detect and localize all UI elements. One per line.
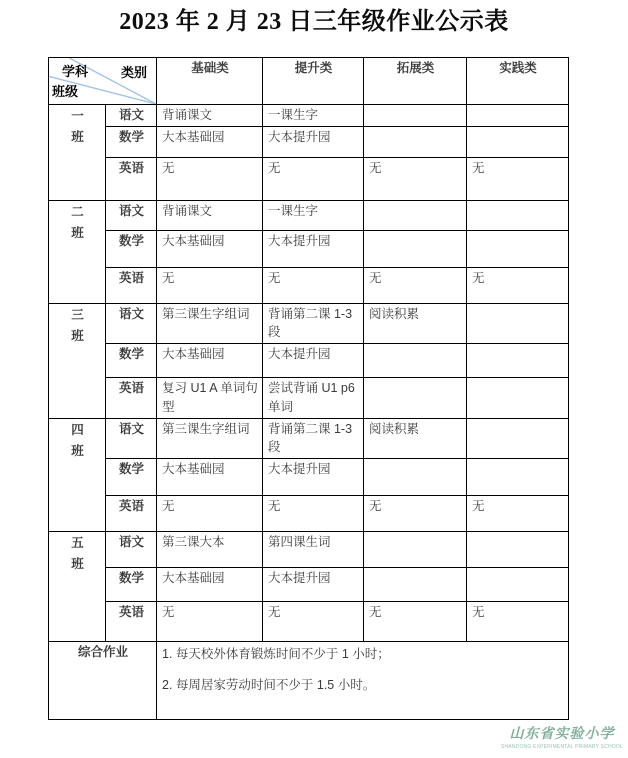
homework-table: 学科 类别 班级 基础类 提升类 拓展类 实践类 一班 语文 背诵课文 一课生字… [48, 57, 569, 720]
homework-cell: 无 [157, 495, 263, 531]
homework-cell: 无 [157, 268, 263, 304]
subject-label: 语文 [106, 531, 157, 567]
homework-cell: 第三课大本 [157, 531, 263, 567]
subject-label: 语文 [106, 105, 157, 127]
corner-subject-label: 学科 [62, 63, 88, 82]
subject-label: 语文 [106, 418, 157, 458]
homework-cell: 无 [467, 601, 569, 641]
table-row: 二班 语文 背诵课文 一课生字 [49, 201, 569, 231]
homework-cell [467, 127, 569, 158]
homework-cell: 大本基础园 [157, 458, 263, 495]
subject-label: 英语 [106, 601, 157, 641]
homework-cell: 尝试背诵 U1 p6 单词 [263, 378, 364, 418]
homework-cell [364, 127, 467, 158]
footer-row: 综合作业 1. 每天校外体育锻炼时间不少于 1 小时； 2. 每周居家劳动时间不… [49, 641, 569, 719]
homework-cell: 背诵第二课 1-3 段 [263, 304, 364, 344]
table-row: 三班 语文 第三课生字组词 背诵第二课 1-3 段 阅读积累 [49, 304, 569, 344]
class-label-5: 五班 [49, 531, 106, 641]
table-row: 英语 无 无 无 无 [49, 158, 569, 201]
subject-label: 英语 [106, 268, 157, 304]
homework-cell [467, 418, 569, 458]
homework-cell [467, 567, 569, 601]
subject-label: 英语 [106, 158, 157, 201]
homework-cell: 无 [263, 158, 364, 201]
homework-cell: 大本基础园 [157, 344, 263, 378]
column-header-basic: 基础类 [157, 58, 263, 105]
subject-label: 数学 [106, 231, 157, 268]
homework-cell [364, 531, 467, 567]
class-label-3: 三班 [49, 304, 106, 419]
homework-cell [467, 304, 569, 344]
subject-label: 语文 [106, 304, 157, 344]
corner-class-label: 班级 [52, 83, 78, 102]
corner-category-label: 类别 [121, 64, 147, 83]
homework-cell: 无 [364, 601, 467, 641]
homework-cell: 阅读积累 [364, 304, 467, 344]
homework-cell: 背诵课文 [157, 201, 263, 231]
column-header-practice: 实践类 [467, 58, 569, 105]
homework-cell [467, 458, 569, 495]
homework-cell [467, 344, 569, 378]
homework-cell [364, 458, 467, 495]
homework-cell [364, 378, 467, 418]
homework-cell [467, 531, 569, 567]
homework-cell [467, 231, 569, 268]
page-title: 2023 年 2 月 23 日三年级作业公示表 [0, 1, 628, 36]
homework-cell: 大本基础园 [157, 231, 263, 268]
homework-cell: 复习 U1 A 单词句型 [157, 378, 263, 418]
subject-label: 数学 [106, 127, 157, 158]
footer-line-1: 1. 每天校外体育锻炼时间不少于 1 小时； [162, 645, 564, 663]
footer-line-2: 2. 每周居家劳动时间不少于 1.5 小时。 [162, 676, 564, 694]
table-row: 数学 大本基础园 大本提升园 [49, 458, 569, 495]
homework-cell: 大本提升园 [263, 344, 364, 378]
school-name-chinese: 山东省实验小学 [501, 723, 623, 743]
homework-cell [467, 378, 569, 418]
table-row: 数学 大本基础园 大本提升园 [49, 567, 569, 601]
homework-cell: 第三课生字组词 [157, 304, 263, 344]
homework-cell [467, 201, 569, 231]
header-row: 学科 类别 班级 基础类 提升类 拓展类 实践类 [49, 58, 569, 105]
homework-cell: 大本基础园 [157, 567, 263, 601]
homework-cell: 无 [467, 158, 569, 201]
homework-cell: 阅读积累 [364, 418, 467, 458]
table-row: 数学 大本基础园 大本提升园 [49, 231, 569, 268]
homework-cell: 大本提升园 [263, 127, 364, 158]
homework-cell: 无 [157, 601, 263, 641]
table-row: 一班 语文 背诵课文 一课生字 [49, 105, 569, 127]
subject-label: 数学 [106, 567, 157, 601]
homework-cell: 无 [364, 158, 467, 201]
homework-cell: 无 [263, 495, 364, 531]
homework-cell: 无 [157, 158, 263, 201]
subject-label: 英语 [106, 495, 157, 531]
class-label-2: 二班 [49, 201, 106, 304]
homework-cell: 无 [263, 601, 364, 641]
subject-label: 英语 [106, 378, 157, 418]
homework-cell: 无 [467, 495, 569, 531]
table-row: 四班 语文 第三课生字组词 背诵第二课 1-3 段 阅读积累 [49, 418, 569, 458]
subject-label: 数学 [106, 344, 157, 378]
table-corner-cell: 学科 类别 班级 [49, 58, 157, 105]
homework-cell [364, 344, 467, 378]
homework-cell: 无 [364, 268, 467, 304]
homework-cell: 大本提升园 [263, 567, 364, 601]
school-logo: 山东省实验小学 SHANDONG EXPERIMENTAL PRIMARY SC… [501, 723, 623, 750]
column-header-improve: 提升类 [263, 58, 364, 105]
homework-cell: 第四课生词 [263, 531, 364, 567]
homework-cell [364, 231, 467, 268]
homework-cell: 一课生字 [263, 105, 364, 127]
comprehensive-homework-content: 1. 每天校外体育锻炼时间不少于 1 小时； 2. 每周居家劳动时间不少于 1.… [157, 641, 569, 719]
subject-label: 数学 [106, 458, 157, 495]
school-name-english: SHANDONG EXPERIMENTAL PRIMARY SCHOOL [501, 744, 623, 750]
table-row: 数学 大本基础园 大本提升园 [49, 127, 569, 158]
document-page: 2023 年 2 月 23 日三年级作业公示表 学科 类别 班级 基础类 提升类 [0, 0, 628, 758]
class-label-1: 一班 [49, 105, 106, 201]
subject-label: 语文 [106, 201, 157, 231]
homework-cell [364, 567, 467, 601]
homework-cell: 第三课生字组词 [157, 418, 263, 458]
table-row: 英语 复习 U1 A 单词句型 尝试背诵 U1 p6 单词 [49, 378, 569, 418]
homework-cell: 无 [263, 268, 364, 304]
homework-cell: 背诵课文 [157, 105, 263, 127]
comprehensive-homework-label: 综合作业 [49, 641, 157, 719]
table-row: 数学 大本基础园 大本提升园 [49, 344, 569, 378]
homework-cell: 背诵第二课 1-3 段 [263, 418, 364, 458]
homework-cell: 大本基础园 [157, 127, 263, 158]
homework-cell: 无 [467, 268, 569, 304]
homework-cell [364, 105, 467, 127]
class-label-4: 四班 [49, 418, 106, 531]
column-header-extend: 拓展类 [364, 58, 467, 105]
homework-cell: 大本提升园 [263, 231, 364, 268]
table-row: 五班 语文 第三课大本 第四课生词 [49, 531, 569, 567]
homework-cell: 大本提升园 [263, 458, 364, 495]
table-row: 英语 无 无 无 无 [49, 495, 569, 531]
homework-cell: 一课生字 [263, 201, 364, 231]
homework-cell [467, 105, 569, 127]
table-row: 英语 无 无 无 无 [49, 601, 569, 641]
homework-cell: 无 [364, 495, 467, 531]
homework-cell [364, 201, 467, 231]
table-row: 英语 无 无 无 无 [49, 268, 569, 304]
